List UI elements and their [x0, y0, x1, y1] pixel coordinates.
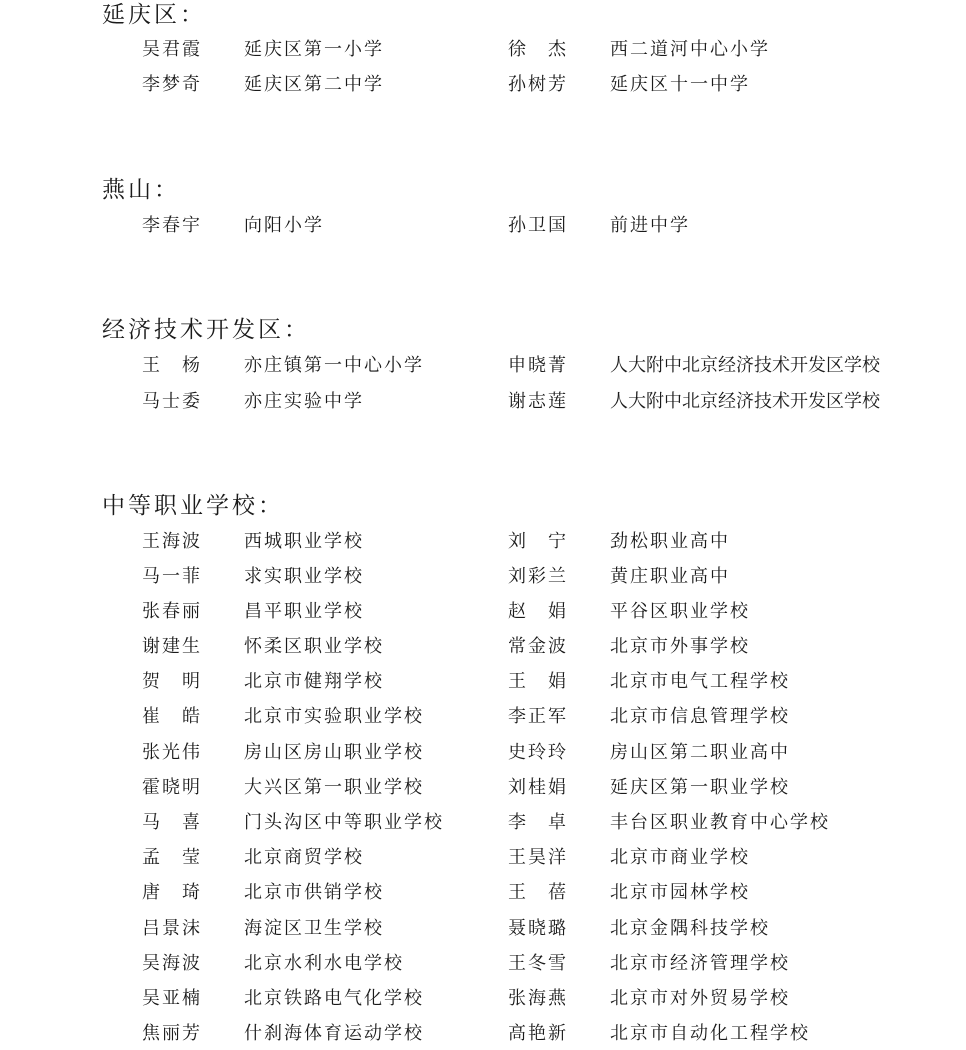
- teacher-name: 李 卓: [508, 809, 588, 837]
- teacher-name: 吴君霞: [142, 36, 222, 64]
- teacher-name: 刘彩兰: [508, 563, 588, 591]
- school-name: 前进中学: [610, 212, 690, 240]
- school-name: 房山区第二职业高中: [610, 739, 790, 767]
- teacher-name: 马士委: [142, 388, 222, 416]
- teacher-name: 刘桂娟: [508, 774, 588, 802]
- teacher-name: 孙树芳: [508, 71, 588, 99]
- school-name: 劲松职业高中: [610, 528, 730, 556]
- school-name: 北京商贸学校: [244, 844, 364, 872]
- school-name: 怀柔区职业学校: [244, 633, 384, 661]
- teacher-name: 申晓菁: [508, 352, 588, 380]
- teacher-name: 常金波: [508, 633, 588, 661]
- school-name: 西二道河中心小学: [610, 36, 770, 64]
- school-name: 北京铁路电气化学校: [244, 985, 424, 1013]
- school-name: 北京市健翔学校: [244, 668, 384, 696]
- school-name: 北京市对外贸易学校: [610, 985, 790, 1013]
- teacher-name: 吴亚楠: [142, 985, 222, 1013]
- teacher-name: 孙卫国: [508, 212, 588, 240]
- school-name: 昌平职业学校: [244, 598, 364, 626]
- teacher-name: 马一菲: [142, 563, 222, 591]
- school-name: 大兴区第一职业学校: [244, 774, 424, 802]
- section-heading: 中等职业学校：: [102, 492, 284, 520]
- school-name: 北京市外事学校: [610, 633, 750, 661]
- teacher-name: 谢建生: [142, 633, 222, 661]
- school-name: 平谷区职业学校: [610, 598, 750, 626]
- teacher-name: 王 蓓: [508, 879, 588, 907]
- school-name: 海淀区卫生学校: [244, 915, 384, 943]
- school-name: 北京金隅科技学校: [610, 915, 770, 943]
- teacher-name: 吕景沫: [142, 915, 222, 943]
- teacher-name: 赵 娟: [508, 598, 588, 626]
- teacher-name: 李正军: [508, 703, 588, 731]
- section-heading: 燕山：: [102, 176, 180, 204]
- teacher-name: 史玲玲: [508, 739, 588, 767]
- school-name: 北京市电气工程学校: [610, 668, 790, 696]
- teacher-name: 张海燕: [508, 985, 588, 1013]
- school-name: 西城职业学校: [244, 528, 364, 556]
- teacher-name: 谢志莲: [508, 388, 588, 416]
- teacher-name: 徐 杰: [508, 36, 588, 64]
- school-name: 求实职业学校: [244, 563, 364, 591]
- school-name: 北京水利水电学校: [244, 950, 404, 978]
- school-name: 房山区房山职业学校: [244, 739, 424, 767]
- teacher-name: 焦丽芳: [142, 1020, 222, 1048]
- school-name: 北京市园林学校: [610, 879, 750, 907]
- school-name: 延庆区十一中学: [610, 71, 750, 99]
- school-name: 人大附中北京经济技术开发区学校: [610, 388, 880, 416]
- school-name: 亦庄镇第一中心小学: [244, 352, 424, 380]
- section-heading: 延庆区：: [102, 1, 206, 29]
- school-name: 北京市实验职业学校: [244, 703, 424, 731]
- teacher-name: 吴海波: [142, 950, 222, 978]
- teacher-name: 霍晓明: [142, 774, 222, 802]
- teacher-name: 孟 莹: [142, 844, 222, 872]
- school-name: 门头沟区中等职业学校: [244, 809, 444, 837]
- teacher-name: 唐 琦: [142, 879, 222, 907]
- teacher-name: 王冬雪: [508, 950, 588, 978]
- teacher-name: 张光伟: [142, 739, 222, 767]
- school-name: 丰台区职业教育中心学校: [610, 809, 830, 837]
- school-name: 北京市自动化工程学校: [610, 1020, 810, 1048]
- school-name: 什刹海体育运动学校: [244, 1020, 424, 1048]
- teacher-name: 刘 宁: [508, 528, 588, 556]
- school-name: 北京市信息管理学校: [610, 703, 790, 731]
- school-name: 北京市供销学校: [244, 879, 384, 907]
- teacher-name: 王海波: [142, 528, 222, 556]
- teacher-name: 高艳新: [508, 1020, 588, 1048]
- teacher-name: 聂晓璐: [508, 915, 588, 943]
- school-name: 延庆区第二中学: [244, 71, 384, 99]
- school-name: 亦庄实验中学: [244, 388, 364, 416]
- section-heading: 经济技术开发区：: [102, 316, 310, 344]
- teacher-name: 贺 明: [142, 668, 222, 696]
- teacher-name: 王昊洋: [508, 844, 588, 872]
- school-name: 北京市经济管理学校: [610, 950, 790, 978]
- teacher-name: 马 喜: [142, 809, 222, 837]
- teacher-name: 李梦奇: [142, 71, 222, 99]
- teacher-name: 王 娟: [508, 668, 588, 696]
- teacher-name: 李春宇: [142, 212, 222, 240]
- school-name: 黄庄职业高中: [610, 563, 730, 591]
- school-name: 北京市商业学校: [610, 844, 750, 872]
- school-name: 向阳小学: [244, 212, 324, 240]
- school-name: 延庆区第一小学: [244, 36, 384, 64]
- teacher-name: 王 杨: [142, 352, 222, 380]
- school-name: 人大附中北京经济技术开发区学校: [610, 352, 880, 380]
- school-name: 延庆区第一职业学校: [610, 774, 790, 802]
- teacher-name: 张春丽: [142, 598, 222, 626]
- teacher-name: 崔 皓: [142, 703, 222, 731]
